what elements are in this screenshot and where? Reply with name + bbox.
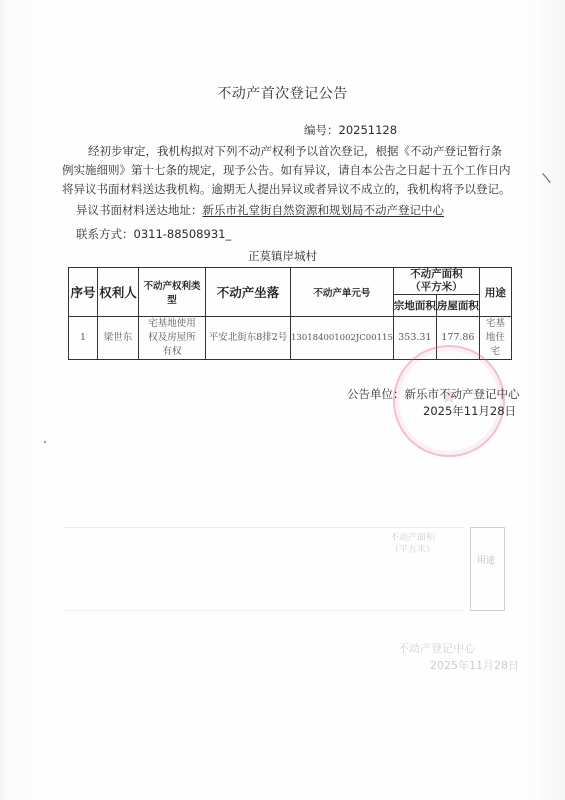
ghost-area-unit: （平方米）	[390, 544, 435, 556]
issue-date: 2025年11月28日	[423, 403, 516, 419]
ghost-issuer: 不动产登记中心	[398, 640, 475, 656]
issuer-name: 新乐市不动产登记中心	[405, 387, 520, 401]
cell-seq: 1	[69, 317, 98, 360]
header-house-area: 房屋面积	[436, 295, 479, 317]
scan-mark	[542, 173, 550, 183]
header-area-group: 不动产面积 （平方米）	[393, 268, 479, 295]
cell-unit-no: 130184001002JC00115	[291, 317, 394, 360]
objection-address: 异议书面材料送达地址：新乐市礼堂街自然资源和规划局不动产登记中心	[76, 202, 444, 218]
contact-phone: 0311-88508931_	[134, 227, 232, 241]
ghost-date: 2025年11月28日	[430, 657, 519, 673]
cell-location: 平安北街东8排2号	[206, 317, 291, 360]
contact-label: 联系方式：	[76, 227, 134, 241]
header-unit-no: 不动产单元号	[291, 268, 394, 317]
document-page: 不动产首次登记公告 编号：20251128 经初步审定，我机构拟对下列不动产权利…	[0, 0, 565, 800]
header-area-title: 不动产面积	[394, 268, 479, 281]
issuer: 公告单位：新乐市不动产登记中心	[347, 386, 520, 402]
objection-address-value: 新乐市礼堂街自然资源和规划局不动产登记中心	[203, 203, 445, 217]
document-number-value: 20251128	[339, 123, 398, 137]
document-number-label: 编号：	[304, 123, 339, 137]
ghost-usage-cell: 用途	[470, 527, 505, 611]
announcement-body: 经初步审定，我机构拟对下列不动产权利予以首次登记，根据《不动产登记暂行条例实施细…	[62, 142, 512, 199]
issuer-label: 公告单位：	[347, 387, 405, 401]
ghost-area-title: 不动产面积	[390, 532, 435, 544]
objection-address-label: 异议书面材料送达地址：	[76, 203, 203, 217]
header-usage: 用途	[479, 268, 511, 317]
ghost-usage-label: 用途	[477, 553, 495, 566]
contact-info: 联系方式：0311-88508931_	[76, 226, 231, 242]
header-seq: 序号	[69, 268, 98, 317]
header-land-area: 宗地面积	[393, 295, 436, 317]
scan-speck	[44, 441, 46, 443]
page-title: 不动产首次登记公告	[0, 83, 565, 103]
cell-usage: 宅基地住宅	[479, 317, 511, 360]
header-location: 不动产坐落	[206, 268, 291, 317]
header-right-type: 不动产权利类型	[139, 268, 206, 317]
document-number: 编号：20251128	[304, 122, 397, 138]
header-holder: 权利人	[98, 268, 139, 317]
ghost-area-header: 不动产面积 （平方米）	[390, 532, 435, 556]
village-heading: 正莫镇岸城村	[0, 248, 565, 264]
cell-holder: 梁世东	[98, 317, 139, 360]
cell-right-type: 宅基地使用权及房屋所有权	[139, 317, 206, 360]
header-area-unit: （平方米）	[394, 281, 479, 294]
